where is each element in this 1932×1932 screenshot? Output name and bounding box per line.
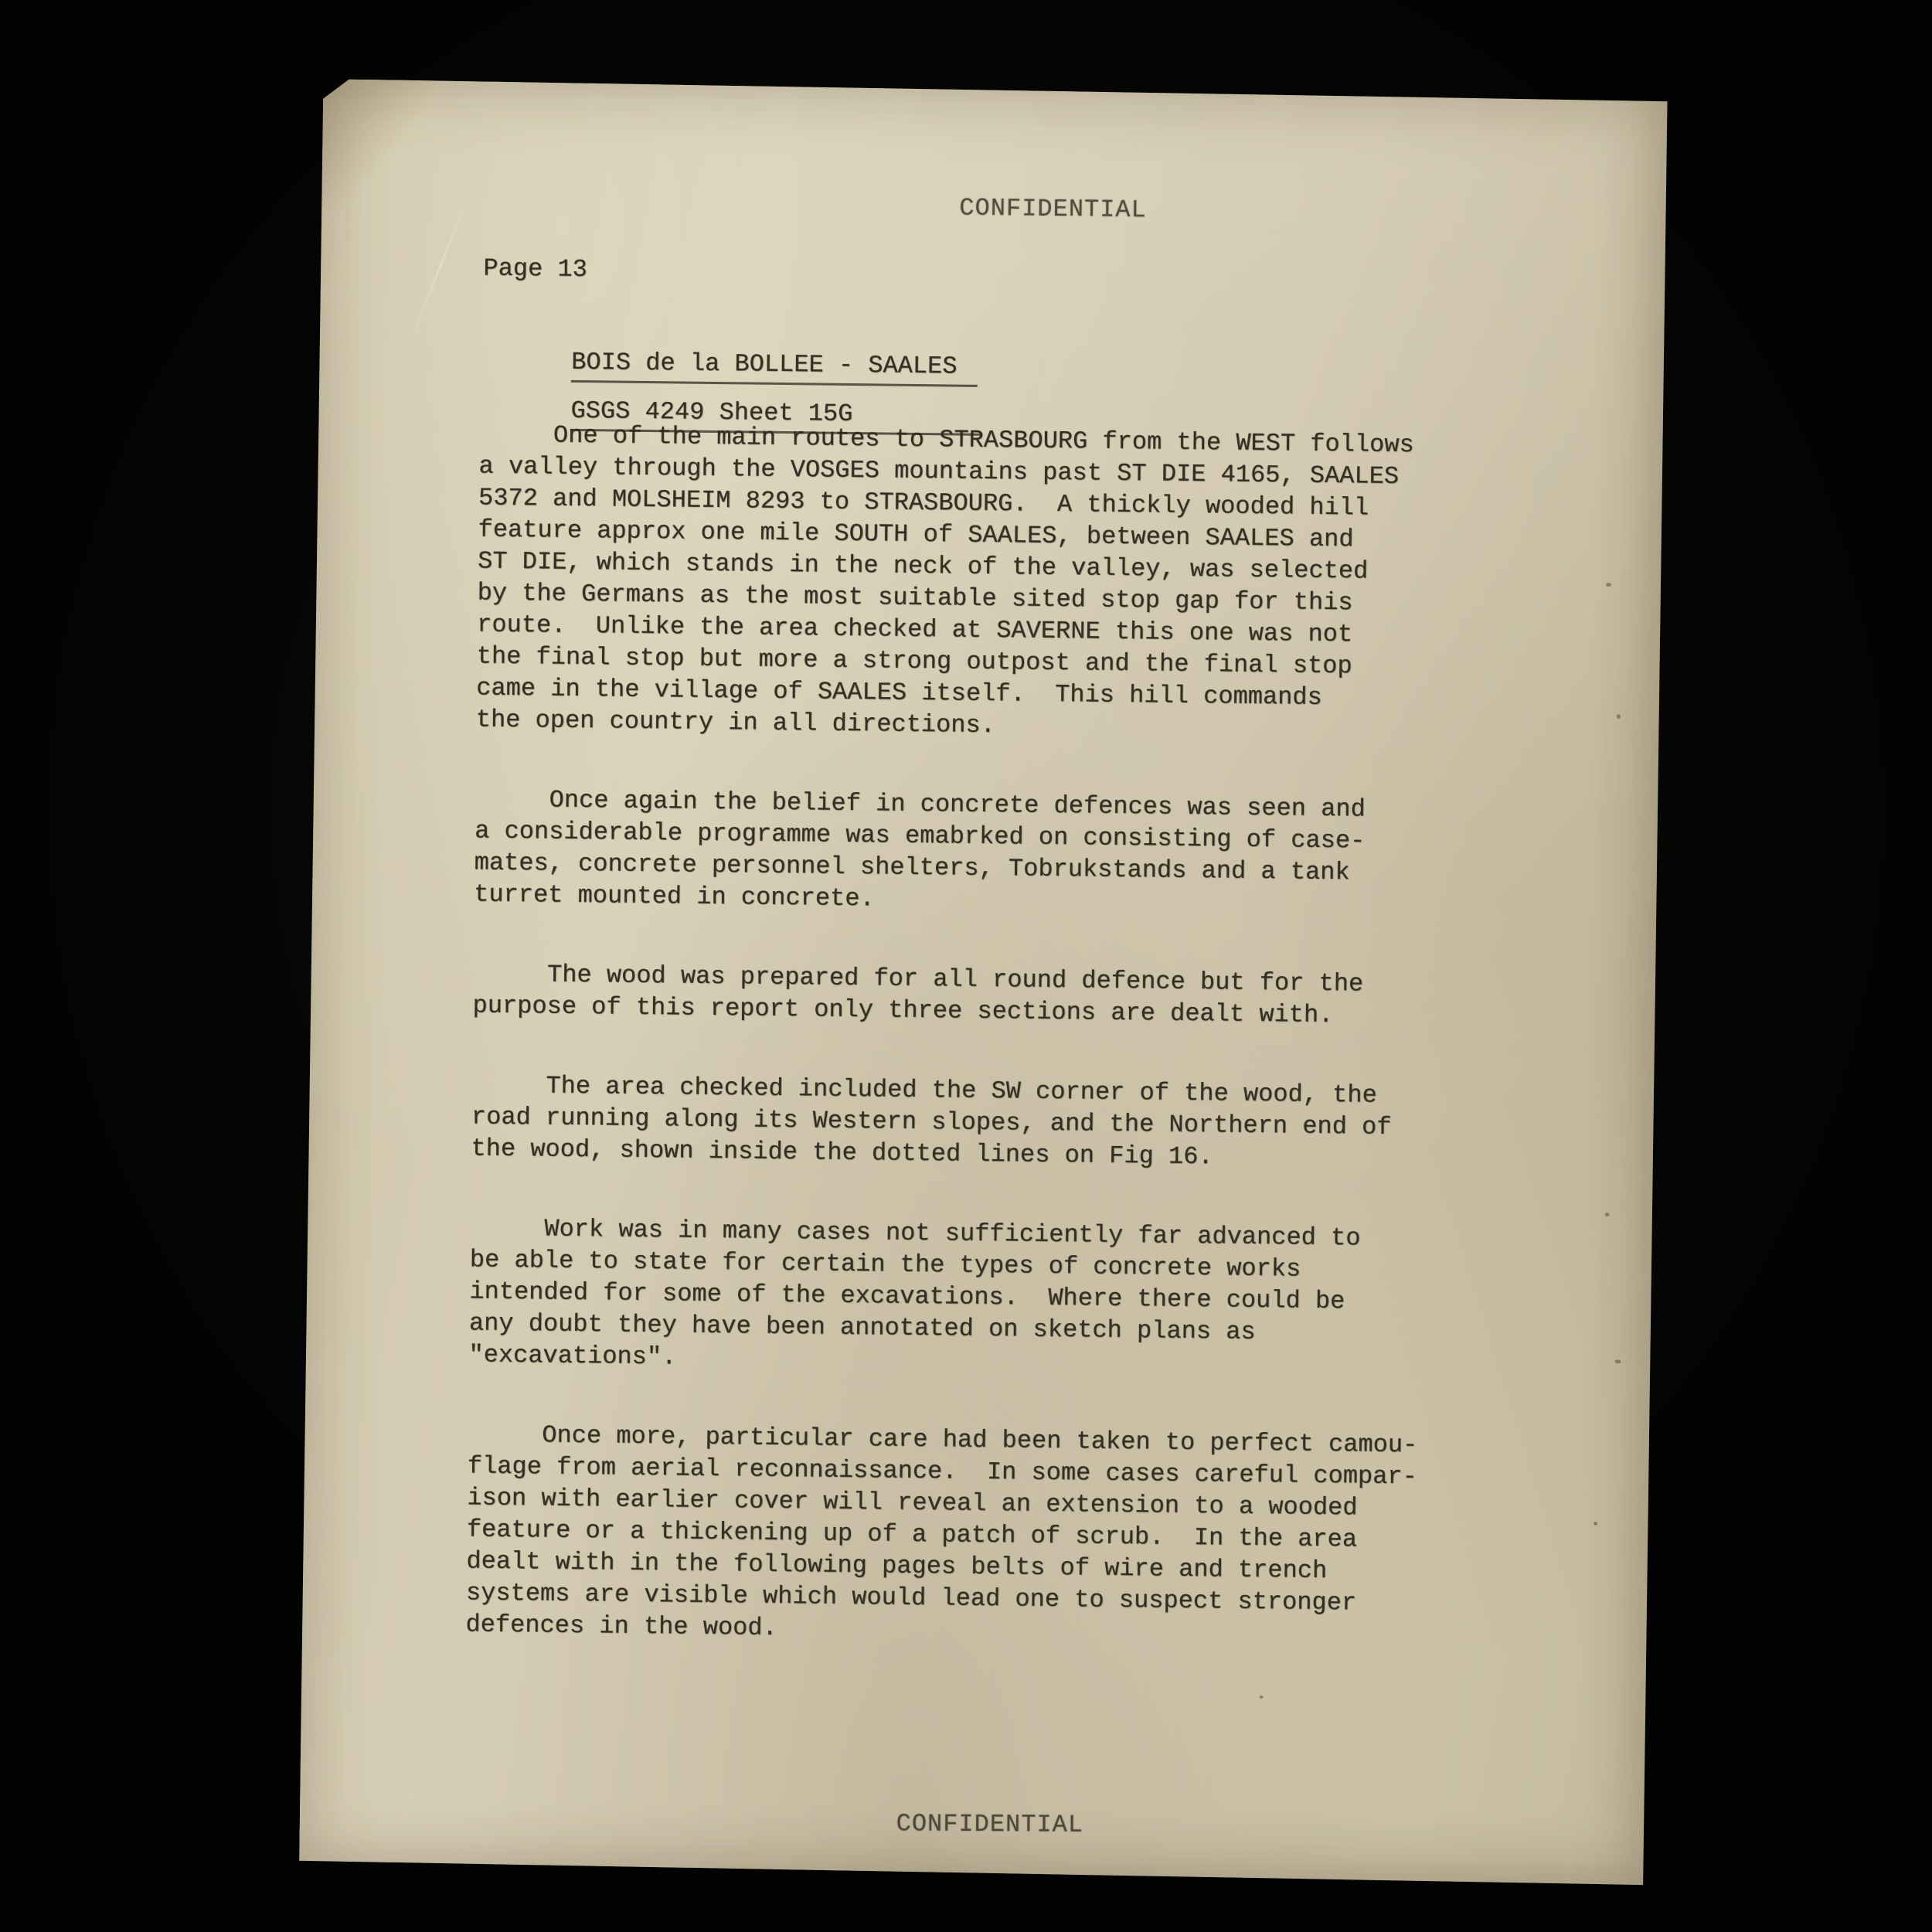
paper-speck [1614,1359,1621,1363]
paper-crease [411,193,471,338]
paragraph: Once again the belief in concrete defenc… [474,784,1495,922]
paper-speck [1594,1522,1597,1526]
classification-stamp-bottom: CONFIDENTIAL [896,1808,1084,1840]
classification-stamp-top: CONFIDENTIAL [959,192,1147,226]
paragraph: The wood was prepared for all round defe… [472,957,1493,1032]
paper-speck [1617,714,1621,719]
document-body: One of the main routes to STRASBOURG fro… [465,419,1499,1652]
paragraph: Once more, particular care had been take… [465,1418,1488,1651]
paper-speck [1606,583,1611,587]
paper-corner-fold [318,79,435,212]
photo-background: CONFIDENTIAL Page 13 BOIS de la BOLLEE -… [0,0,1932,1932]
paper-speck [1260,1696,1264,1699]
document-page: CONFIDENTIAL Page 13 BOIS de la BOLLEE -… [299,79,1670,1889]
paragraph: The area checked included the SW corner … [471,1069,1492,1175]
paper-speck [1605,1213,1610,1216]
page-number: Page 13 [483,253,587,286]
paragraph: One of the main routes to STRASBOURG fro… [476,419,1500,747]
paragraph: Work was in many cases not sufficiently … [468,1212,1490,1382]
